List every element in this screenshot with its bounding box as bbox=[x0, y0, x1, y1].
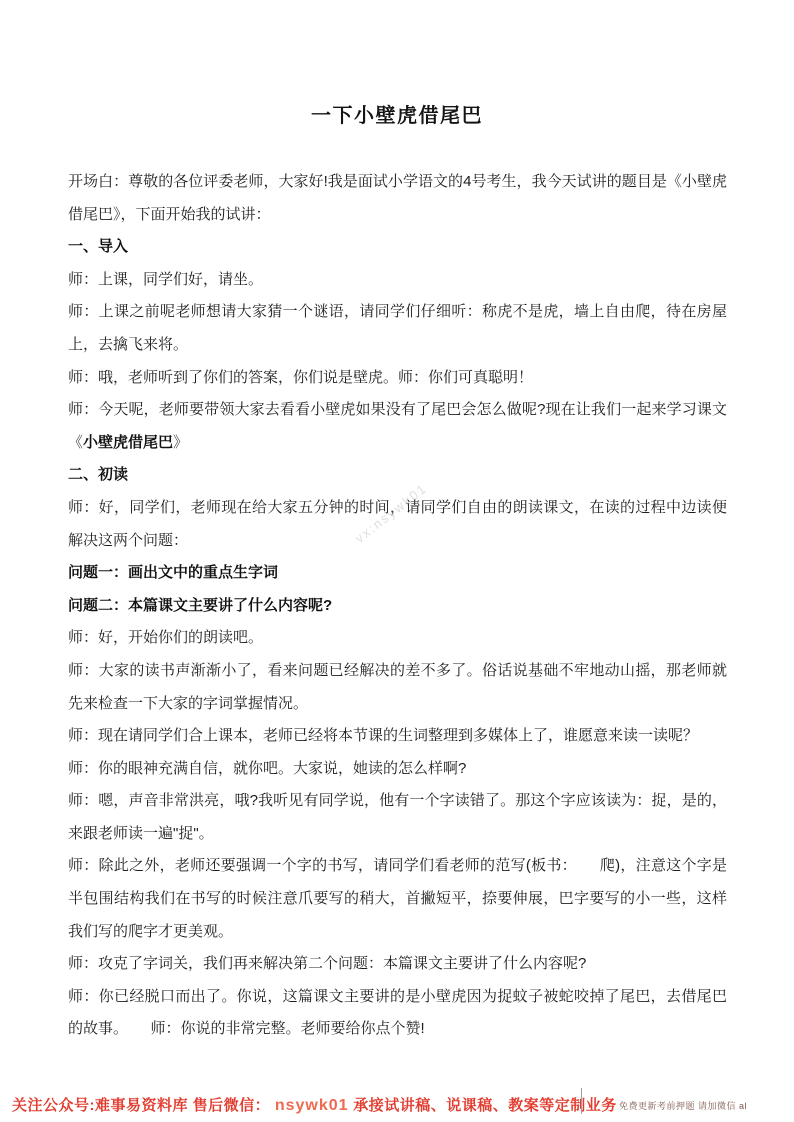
text: 师：好，同学们，老师现在给大家五分钟的时间，请同学们自由的朗读课文，在读的过程中… bbox=[68, 499, 727, 549]
paragraph-12: 师：大家的读书声渐渐小了，看来问题已经解决的差不多了。俗话说基础不牢地动山摇，那… bbox=[68, 655, 727, 720]
footer-wechat-id: nsywk01 bbox=[275, 1097, 349, 1114]
text: 师：好，开始你们的朗读吧。 bbox=[68, 629, 263, 646]
footer-promo: 关注公众号:难事易资料库 售后微信： nsywk01 承接试讲稿、说课稿、教案等… bbox=[12, 1094, 617, 1115]
bold-text: 小壁虎借尾巴 bbox=[83, 434, 173, 451]
bold-text: 二、初读 bbox=[68, 466, 128, 483]
paragraph-5: 师：哦，老师听到了你们的答案，你们说是壁虎。师：你们可真聪明！ bbox=[68, 362, 727, 395]
paragraph-9: 问题一：画出文中的重点生字词 bbox=[68, 557, 727, 590]
text: 师：大家的读书声渐渐小了，看来问题已经解决的差不多了。俗话说基础不牢地动山摇，那… bbox=[68, 662, 727, 712]
paragraph-14: 师：你的眼神充满自信，就你吧。大家说，她读的怎么样啊? bbox=[68, 753, 727, 786]
paragraph-3: 师：上课，同学们好，请坐。 bbox=[68, 264, 727, 297]
document-body: 开场白：尊敬的各位评委老师，大家好!我是面试小学语文的4号考生，我今天试讲的题目… bbox=[68, 166, 727, 1046]
document-page: 一下小壁虎借尾巴 开场白：尊敬的各位评委老师，大家好!我是面试小学语文的4号考生… bbox=[0, 0, 794, 1122]
text: 师：上课之前呢老师想请大家猜一个谜语，请同学们仔细听：称虎不是虎，墙上自由爬，待… bbox=[68, 303, 727, 353]
paragraph-6: 师：今天呢，老师要带领大家去看看小壁虎如果没有了尾巴会怎么做呢?现在让我们一起来… bbox=[68, 394, 727, 459]
text: 师：上课，同学们好，请坐。 bbox=[68, 271, 263, 288]
text: 师：除此之外，老师还要强调一个字的书写，请同学们看老师的范写(板书： 爬)，注意… bbox=[68, 857, 727, 939]
paragraph-7: 二、初读 bbox=[68, 459, 727, 492]
text: 师：现在请同学们合上课本，老师已经将本节课的生词整理到多媒体上了，谁愿意来读一读… bbox=[68, 727, 698, 744]
paragraph-18: 师：你已经脱口而出了。你说，这篇课文主要讲的是小壁虎因为捉蚊子被蛇咬掉了尾巴，去… bbox=[68, 981, 727, 1046]
footer-promo-prefix: 关注公众号:难事易资料库 售后微信： bbox=[12, 1097, 275, 1114]
bold-text: 问题一：画出文中的重点生字词 bbox=[68, 564, 278, 581]
footer-promo-suffix: 承接试讲稿、说课稿、教案等定制业务 bbox=[349, 1097, 617, 1114]
text: 师：哦，老师听到了你们的答案，你们说是壁虎。师：你们可真聪明！ bbox=[68, 369, 533, 386]
paragraph-17: 师：攻克了字词关，我们再来解决第二个问题：本篇课文主要讲了什么内容呢? bbox=[68, 948, 727, 981]
paragraph-16: 师：除此之外，老师还要强调一个字的书写，请同学们看老师的范写(板书： 爬)，注意… bbox=[68, 850, 727, 948]
paragraph-1: 开场白：尊敬的各位评委老师，大家好!我是面试小学语文的4号考生，我今天试讲的题目… bbox=[68, 166, 727, 231]
bold-text: 问题二：本篇课文主要讲了什么内容呢? bbox=[68, 597, 332, 614]
paragraph-8: 师：好，同学们，老师现在给大家五分钟的时间，请同学们自由的朗读课文，在读的过程中… bbox=[68, 492, 727, 557]
text: 开场白：尊敬的各位评委老师，大家好!我是面试小学语文的4号考生，我今天试讲的题目… bbox=[68, 173, 727, 223]
bold-text: 一、导入 bbox=[68, 238, 128, 255]
paragraph-15: 师：嗯，声音非常洪亮，哦?我听见有同学说，他有一个字读错了。那这个字应该读为：捉… bbox=[68, 785, 727, 850]
paragraph-13: 师：现在请同学们合上课本，老师已经将本节课的生词整理到多媒体上了，谁愿意来读一读… bbox=[68, 720, 727, 753]
footer-note: 免费更新考前押题 请加微信 al bbox=[619, 1099, 747, 1112]
text: 》 bbox=[173, 434, 188, 451]
text: 师：嗯，声音非常洪亮，哦?我听见有同学说，他有一个字读错了。那这个字应该读为：捉… bbox=[68, 792, 727, 842]
text: 师：你的眼神充满自信，就你吧。大家说，她读的怎么样啊? bbox=[68, 760, 466, 777]
paragraph-2: 一、导入 bbox=[68, 231, 727, 264]
paragraph-4: 师：上课之前呢老师想请大家猜一个谜语，请同学们仔细听：称虎不是虎，墙上自由爬，待… bbox=[68, 296, 727, 361]
text: 师：你已经脱口而出了。你说，这篇课文主要讲的是小壁虎因为捉蚊子被蛇咬掉了尾巴，去… bbox=[68, 988, 727, 1038]
document-title: 一下小壁虎借尾巴 bbox=[0, 99, 794, 128]
footer-divider bbox=[581, 1088, 582, 1114]
paragraph-11: 师：好，开始你们的朗读吧。 bbox=[68, 622, 727, 655]
text: 师：攻克了字词关，我们再来解决第二个问题：本篇课文主要讲了什么内容呢? bbox=[68, 955, 586, 972]
paragraph-10: 问题二：本篇课文主要讲了什么内容呢? bbox=[68, 590, 727, 623]
